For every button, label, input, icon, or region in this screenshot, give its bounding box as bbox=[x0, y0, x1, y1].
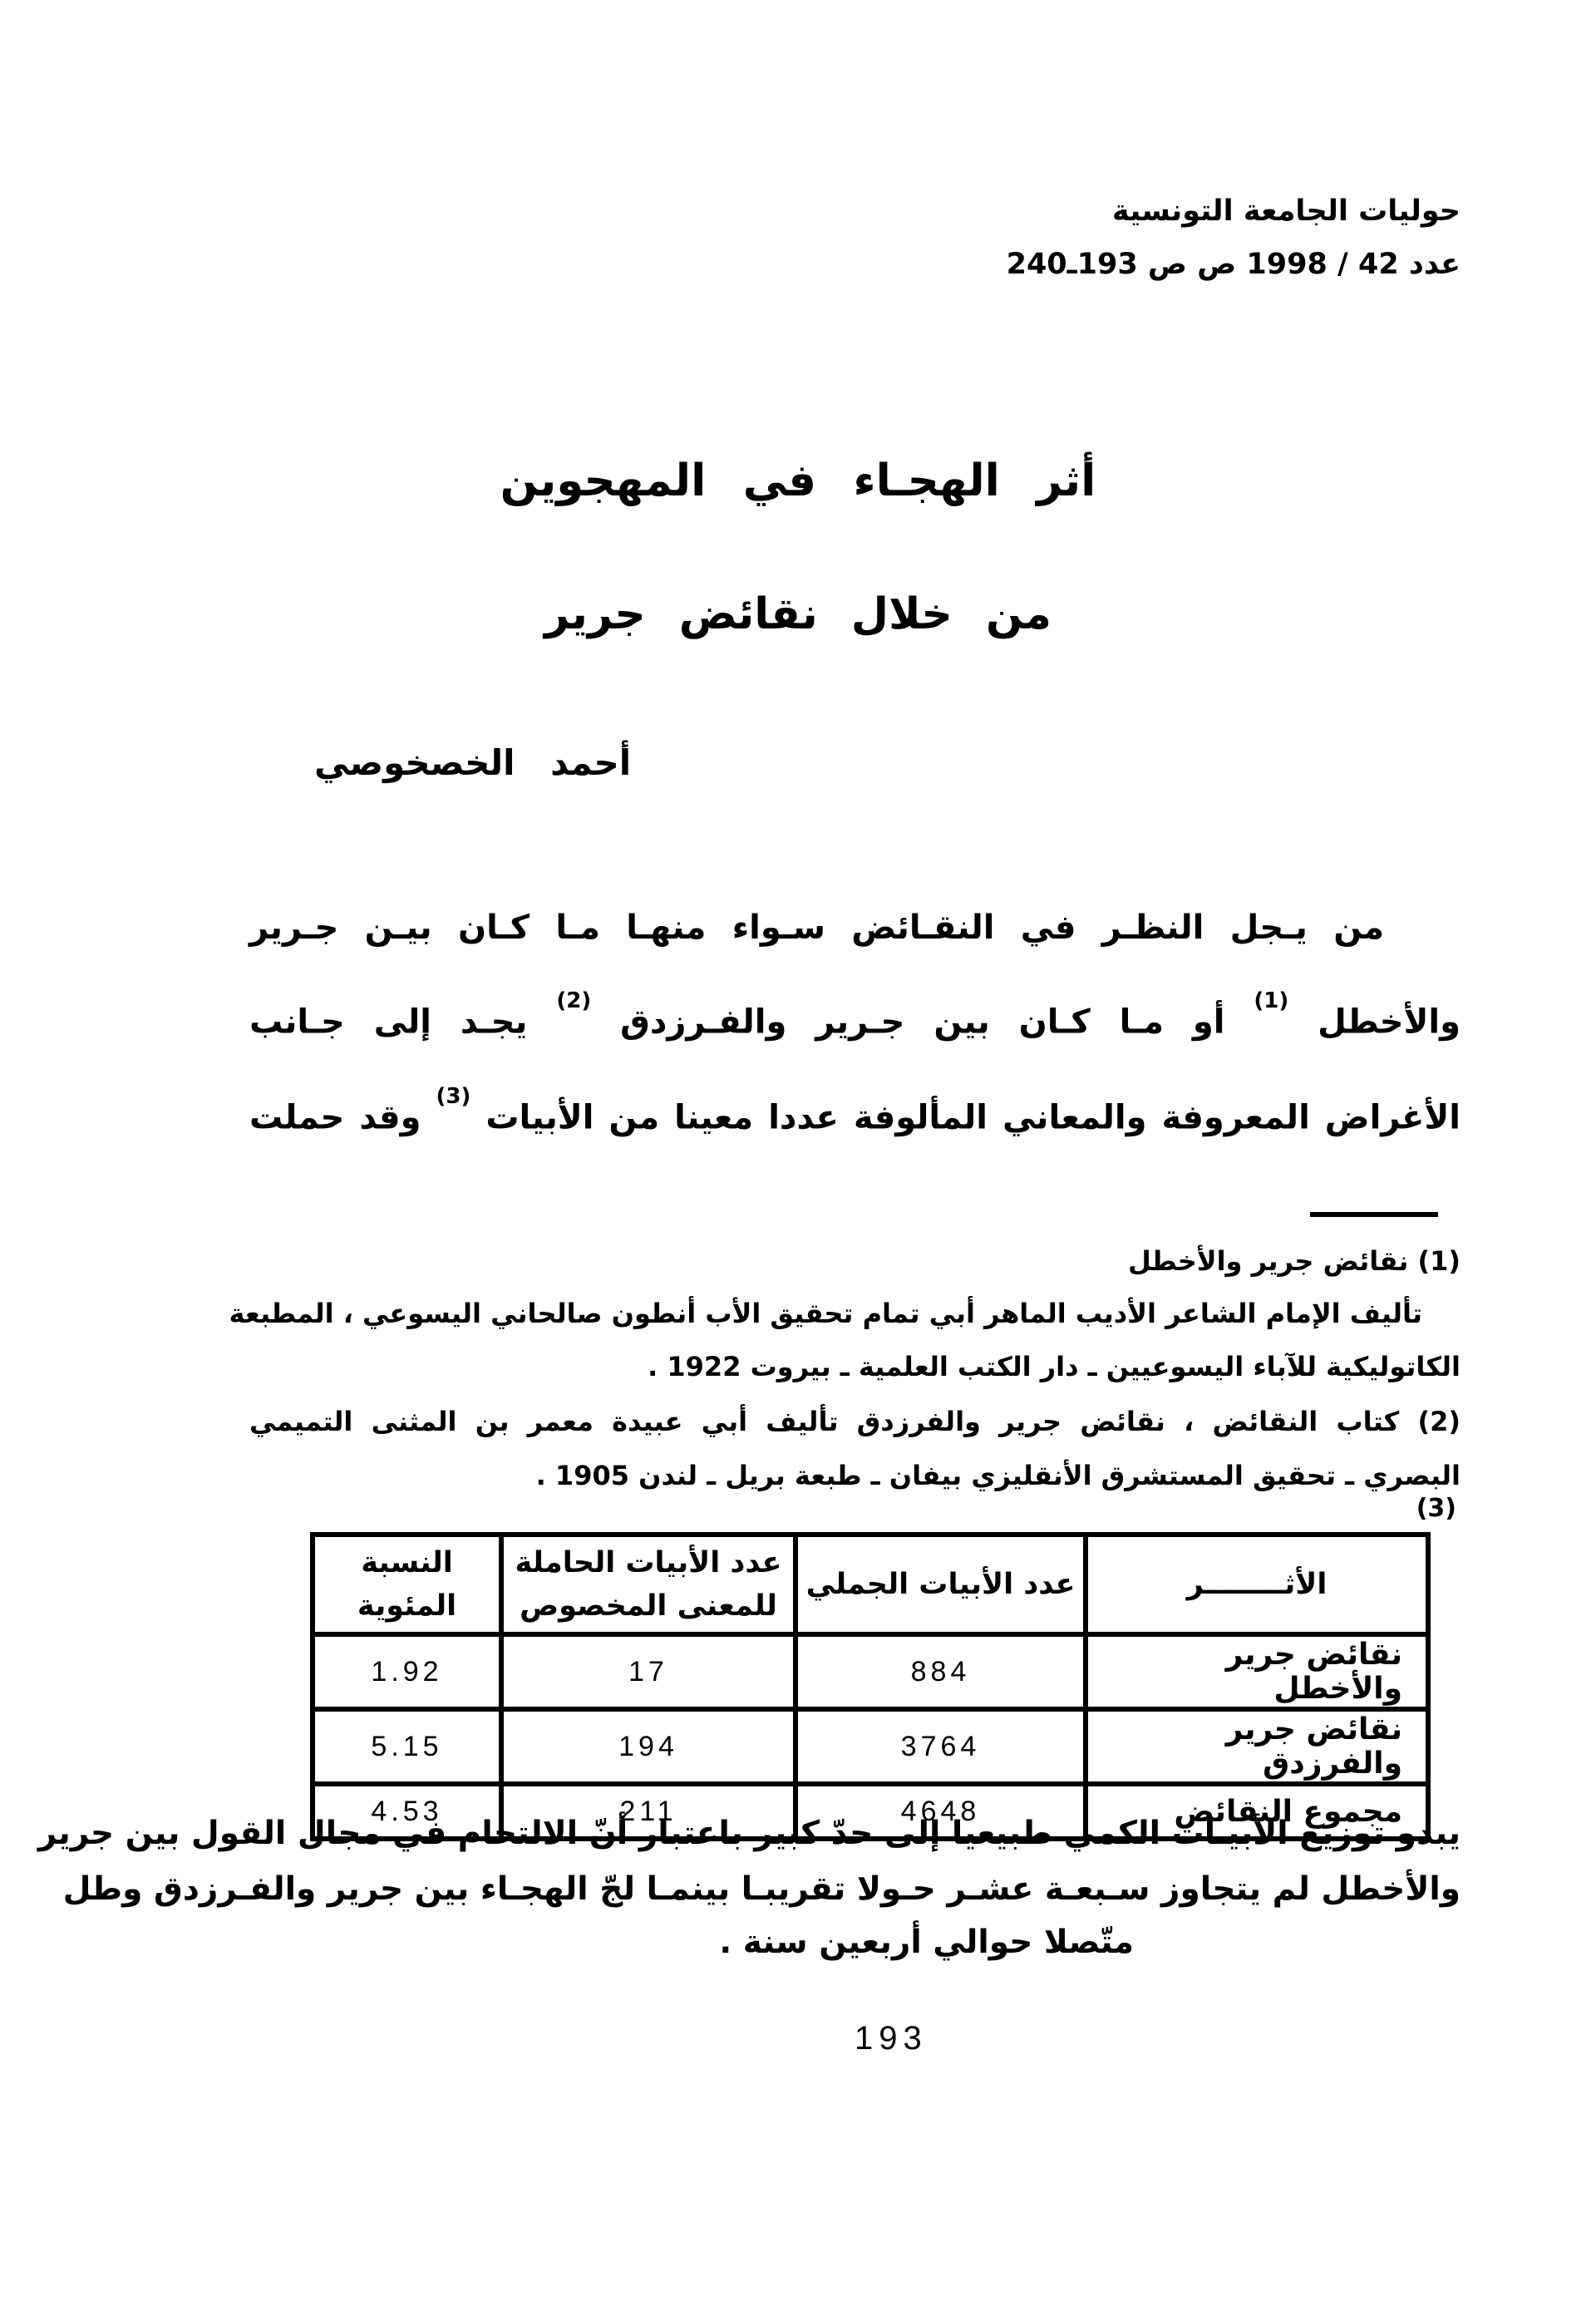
body-line-3-text: الأغراض المعروفة والمعاني المألوفة عددا … bbox=[485, 1098, 1461, 1136]
page-number: 193 bbox=[855, 2020, 928, 2057]
footnote-ref-3: (3) bbox=[436, 1084, 470, 1109]
body-line-3-text: وقد حملت bbox=[249, 1098, 421, 1136]
body-line-2-text: أو مـا كـان بين جـرير والفـرزدق bbox=[620, 1003, 1224, 1041]
body-line-2-text: يجـد إلى جـانب bbox=[249, 1003, 527, 1041]
table-header-specific-line-2: للمعنى المخصوص bbox=[505, 1584, 792, 1628]
footnote-2-line-2: البصري ـ تحقيق المستشرق الأنقليزي بيفان … bbox=[249, 1459, 1461, 1492]
footnote-3-label: (3) bbox=[1416, 1494, 1456, 1523]
body-line-1: من يـجل النظـر في النقـائض سـواء منهـا م… bbox=[249, 909, 1461, 947]
row-label: نقائض جرير والأخطل bbox=[1086, 1634, 1428, 1709]
journal-header: حوليات الجامعة التونسية عدد 42 / 1998 ص … bbox=[1007, 185, 1461, 291]
author-name: أحمد الخصخوصي bbox=[314, 742, 631, 783]
specific-verses-value: 194 bbox=[501, 1709, 796, 1784]
body-line-2: والأخطل (1) أو مـا كـان بين جـرير والفـر… bbox=[249, 1002, 1461, 1041]
footnote-2-line-1: (2) كتاب النقائض ، نقائض جرير والفرزدق ت… bbox=[249, 1405, 1461, 1438]
total-verses-value: 884 bbox=[796, 1634, 1086, 1709]
percentage-value: 5.15 bbox=[313, 1709, 501, 1784]
scanned-paper-page: حوليات الجامعة التونسية عدد 42 / 1998 ص … bbox=[0, 0, 1596, 2301]
table-row: نقائض جرير والفرزدق 3764 194 5.15 bbox=[313, 1709, 1428, 1784]
after-table-line-2: والأخطل لم يتجاوز سـبعـة عشـر حـولا تقري… bbox=[249, 1870, 1461, 1908]
issue-pages-line: عدد 42 / 1998 ص ص 193ـ240 bbox=[1007, 238, 1461, 291]
percentage-value: 1.92 bbox=[313, 1634, 501, 1709]
after-table-line-3: متّصلا حوالي أربعين سنة . bbox=[719, 1924, 1134, 1961]
table-header-specific-line-1: عدد الأبيات الحاملة bbox=[505, 1541, 792, 1584]
title-line-2: من خلال نقائض جرير bbox=[0, 589, 1596, 639]
journal-name: حوليات الجامعة التونسية bbox=[1007, 185, 1461, 238]
table-header-specific-verses: عدد الأبيات الحاملة للمعنى المخصوص bbox=[501, 1535, 796, 1634]
after-table-line-1: يبدو توزيع الأبيـات الكمي طبيعيا إلى حدّ… bbox=[249, 1815, 1461, 1852]
footnote-1-line-3: الكاتوليكية للآباء اليسوعيين ـ دار الكتب… bbox=[249, 1350, 1461, 1383]
body-line-3: الأغراض المعروفة والمعاني المألوفة عددا … bbox=[249, 1097, 1461, 1136]
footnote-separator-rule bbox=[1310, 1212, 1438, 1217]
footnote-1-line-2: تأليف الإمام الشاعر الأديب الماهر أبي تم… bbox=[249, 1297, 1461, 1330]
footnote-1-line-1: (1) نقائض جرير والأخطل bbox=[249, 1244, 1461, 1278]
title-line-1: أثر الهجـاء في المهجوين bbox=[0, 456, 1596, 506]
article-title: أثر الهجـاء في المهجوين من خلال نقائض جر… bbox=[0, 456, 1596, 639]
body-line-2-text: والأخطل bbox=[1318, 1003, 1461, 1041]
footnote-ref-2: (2) bbox=[556, 988, 591, 1013]
statistics-table-wrap: الأثــــــــر عدد الأبيات الجملي عدد الأ… bbox=[310, 1532, 1431, 1841]
table-header-athar: الأثــــــــر bbox=[1086, 1535, 1428, 1634]
table-row: نقائض جرير والأخطل 884 17 1.92 bbox=[313, 1634, 1428, 1709]
table-header-total-verses: عدد الأبيات الجملي bbox=[796, 1535, 1086, 1634]
table-header-percentage: النسبة المئوية bbox=[313, 1535, 501, 1634]
table-header-row: الأثــــــــر عدد الأبيات الجملي عدد الأ… bbox=[313, 1535, 1428, 1634]
footnote-ref-1: (1) bbox=[1254, 988, 1288, 1013]
row-label: نقائض جرير والفرزدق bbox=[1086, 1709, 1428, 1784]
total-verses-value: 3764 bbox=[796, 1709, 1086, 1784]
statistics-table: الأثــــــــر عدد الأبيات الجملي عدد الأ… bbox=[310, 1532, 1431, 1841]
specific-verses-value: 17 bbox=[501, 1634, 796, 1709]
